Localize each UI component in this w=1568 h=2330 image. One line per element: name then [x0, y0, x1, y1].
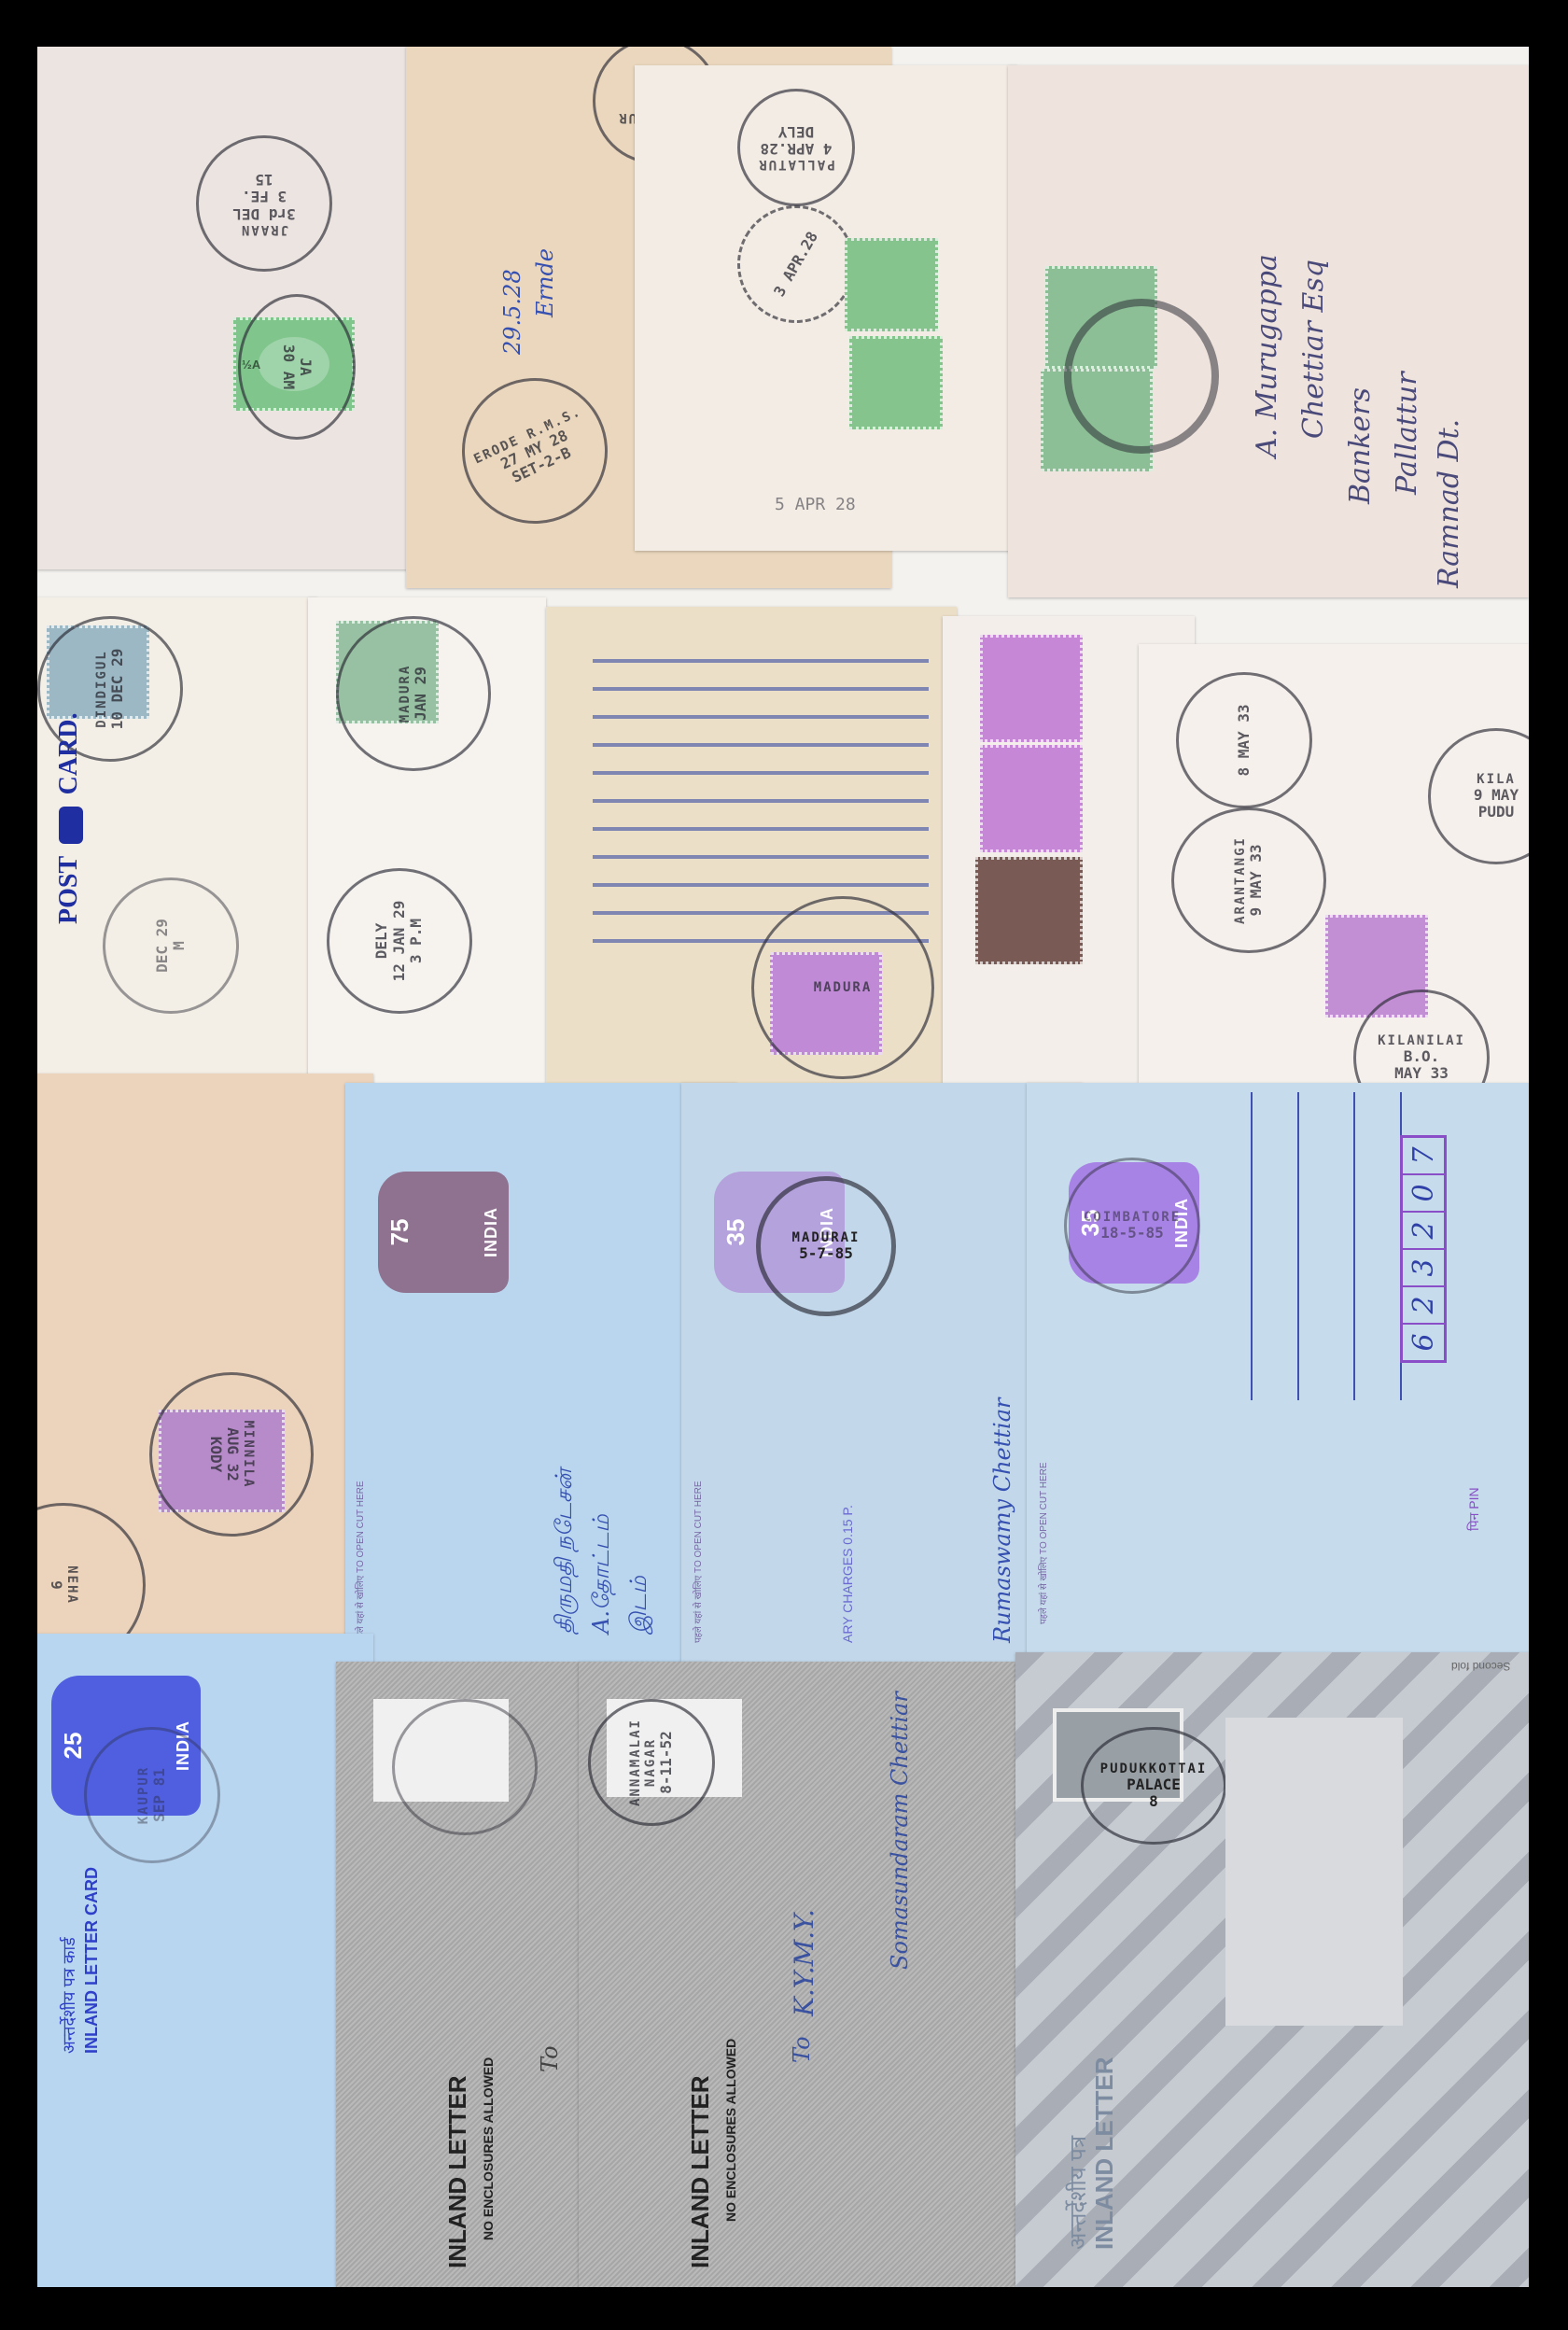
postmark-5-apr: 5 APR 28	[775, 495, 856, 514]
pin-digit: 6	[1403, 1325, 1444, 1360]
cut-here-text-3: पहले यहां से खोलिए TO OPEN CUT HERE	[1036, 1462, 1049, 1624]
postmark-kaupur: KAUPUR SEP 81	[84, 1727, 220, 1863]
address-line-3: Bankers	[1344, 387, 1377, 504]
tamil-address-1: திருமதி நடேசன்	[551, 1468, 580, 1634]
postmark-inland-1	[392, 1699, 538, 1835]
postmark-annamalai-nagar: ANNAMALAI NAGAR 8-11-52	[588, 1699, 715, 1826]
address-line-2: Chettiar Esq	[1297, 260, 1330, 439]
address-line-c	[1353, 1092, 1355, 1400]
cover-arantangi: 8 MAY 33 ARANTANGI 9 MAY 33 KILA 9 MAY P…	[1139, 644, 1529, 1083]
pin-code-boxes: 6 2 3 2 0 7	[1400, 1135, 1447, 1363]
postmark-pallatur: PALLATUR 4 APR.28 DELY	[737, 89, 855, 206]
to-label-1: To	[537, 2045, 563, 2072]
address-line-b	[1297, 1092, 1299, 1400]
no-enclosures-2: NO ENCLOSURES ALLOWED	[723, 2039, 738, 2222]
postmark-kila: KILA 9 MAY PUDU	[1428, 728, 1529, 864]
cover-addressed: A. Murugappa Chettiar Esq Bankers Pallat…	[1008, 65, 1529, 597]
pin-digit: 3	[1403, 1250, 1444, 1287]
coat-of-arms-icon	[59, 807, 83, 844]
addressee-name: Rumaswamy Chettiar	[989, 1398, 1015, 1643]
no-enclosures-1: NO ENCLOSURES ALLOWED	[481, 2057, 496, 2240]
stamp-strip-3	[975, 857, 1083, 964]
postmark-jan-29: DELY 12 JAN 29 3 P.M	[327, 868, 472, 1014]
fold-here-text: Second fold	[1451, 1660, 1510, 1673]
pin-digit: 7	[1403, 1138, 1444, 1175]
address-line-1: A. Murugappa	[1251, 254, 1283, 457]
postmark-dec: DEC 29 M	[103, 877, 239, 1014]
postmark-madurai-85: MADURAI 5-7-85	[756, 1176, 896, 1316]
indicium-75: 75 INDIA	[378, 1172, 509, 1293]
postmark-8-may-33: 8 MAY 33	[1176, 672, 1312, 808]
inland-letter-title-1: INLAND LETTER	[443, 2075, 472, 2268]
postmark-madura: MADURA JAN 29	[336, 616, 491, 771]
postmark-minnila: MINNILA AUG 32 KODY	[149, 1372, 314, 1537]
postmark-on-stamp: JA 30 AM	[238, 294, 356, 440]
pin-digit: 0	[1403, 1175, 1444, 1213]
addressee-kymy: K.Y.M.Y.	[789, 1909, 819, 2016]
ilc-title-hindi: अन्तर्देशीय पत्र कार्ड	[58, 1937, 80, 2054]
inland-letter-hindi: अन्तर्देशीय पत्र	[1062, 2136, 1093, 2250]
handwritten-date: 29.5.28	[499, 269, 525, 355]
inland-letter-airmail: PUDUKKOTTAI PALACE 8 अन्तर्देशीय पत्र IN…	[1015, 1652, 1529, 2287]
cut-here-text-2: पहले यहां से खोलिए TO OPEN CUT HERE	[691, 1481, 704, 1643]
to-label-2: To	[789, 2036, 815, 2063]
cover-tamil-script: MADURA	[546, 607, 957, 1083]
cover-minnila: MINNILA AUG 32 KODY NEHA 9	[37, 1074, 373, 1652]
handwritten-place: Ernde	[532, 248, 558, 317]
cover-madura-small: MADURA JAN 29 DELY 12 JAN 29 3 P.M	[308, 597, 546, 1083]
inland-letter-card-75: 75 INDIA पहले यहां से खोलिए TO OPEN CUT …	[345, 1083, 737, 1662]
postmark-neha: NEHA 9	[37, 1503, 146, 1652]
cover-pallatur: PALLATUR 4 APR.28 DELY 3 APR.28 5 APR 28	[635, 65, 1017, 551]
stamp-half-anna-2	[849, 336, 943, 429]
postmark-madura-2: MADURA	[751, 896, 934, 1079]
charges-cachet: ARY CHARGES 0.15 P.	[840, 1505, 855, 1643]
pin-digit: 2	[1403, 1213, 1444, 1250]
tamil-address-3: இடம்	[625, 1576, 654, 1634]
tamil-address-2: A.தோட்டம்	[588, 1514, 617, 1634]
inland-letter-english: INLAND LETTER	[1090, 2056, 1119, 2250]
stamp-strip-1	[980, 635, 1083, 742]
postmark-erode-rms: ERODE R.M.S. 27 MY 28 SET-2-B	[438, 354, 631, 547]
inland-letter-title-2: INLAND LETTER	[686, 2075, 715, 2268]
photo-frame: JRAAN 3rd DEL 3 FE. 15 ½A JA 30 AM PALLA…	[37, 47, 1529, 2287]
handwritten-name: Somasundaram Chettiar	[887, 1691, 913, 1970]
inland-letter-2: ANNAMALAI NAGAR 8-11-52 INLAND LETTER NO…	[579, 1662, 1017, 2287]
cut-here-text: पहले यहां से खोलिए TO OPEN CUT HERE	[353, 1481, 366, 1643]
inland-letter-card-35-madurai: 35 INDIA MADURAI 5-7-85 पहले यहां से खोल…	[681, 1083, 1083, 1662]
address-line-a	[1251, 1092, 1253, 1400]
postmark-coimbatore: COIMBATORE 18-5-85	[1064, 1158, 1200, 1294]
pin-label: पिन PIN	[1465, 1487, 1483, 1531]
address-line-4: Pallattur	[1391, 372, 1423, 495]
post-card-title: POST CARD.	[54, 712, 84, 924]
cover-jraan: JRAAN 3rd DEL 3 FE. 15 ½A JA 30 AM	[37, 47, 448, 569]
inland-letter-card-25: 25 INDIA KAUPUR SEP 81 अन्तर्देशीय पत्र …	[37, 1634, 373, 2287]
postmark-addressed	[1064, 299, 1219, 454]
post-card: DINDIGUL 10 DEC 29 POST CARD. DEC 29 M	[37, 597, 317, 1083]
address-panel	[1225, 1718, 1403, 2026]
inland-letter-card-35-pin: 35 INDIA COIMBATORE 18-5-85 पहले यहां से…	[1027, 1083, 1529, 1662]
postmark-jraan: JRAAN 3rd DEL 3 FE. 15	[196, 135, 332, 272]
pin-digit: 2	[1403, 1287, 1444, 1325]
ilc-title-english: INLAND LETTER CARD	[82, 1867, 102, 2054]
stamp-strip-2	[980, 745, 1083, 852]
address-line-5: Ramnad Dt.	[1433, 419, 1465, 588]
stamp-half-anna-1	[845, 238, 938, 331]
postmark-arantangi: ARANTANGI 9 MAY 33	[1171, 807, 1326, 953]
postmark-pudukkottai: PUDUKKOTTAI PALACE 8	[1081, 1727, 1226, 1845]
